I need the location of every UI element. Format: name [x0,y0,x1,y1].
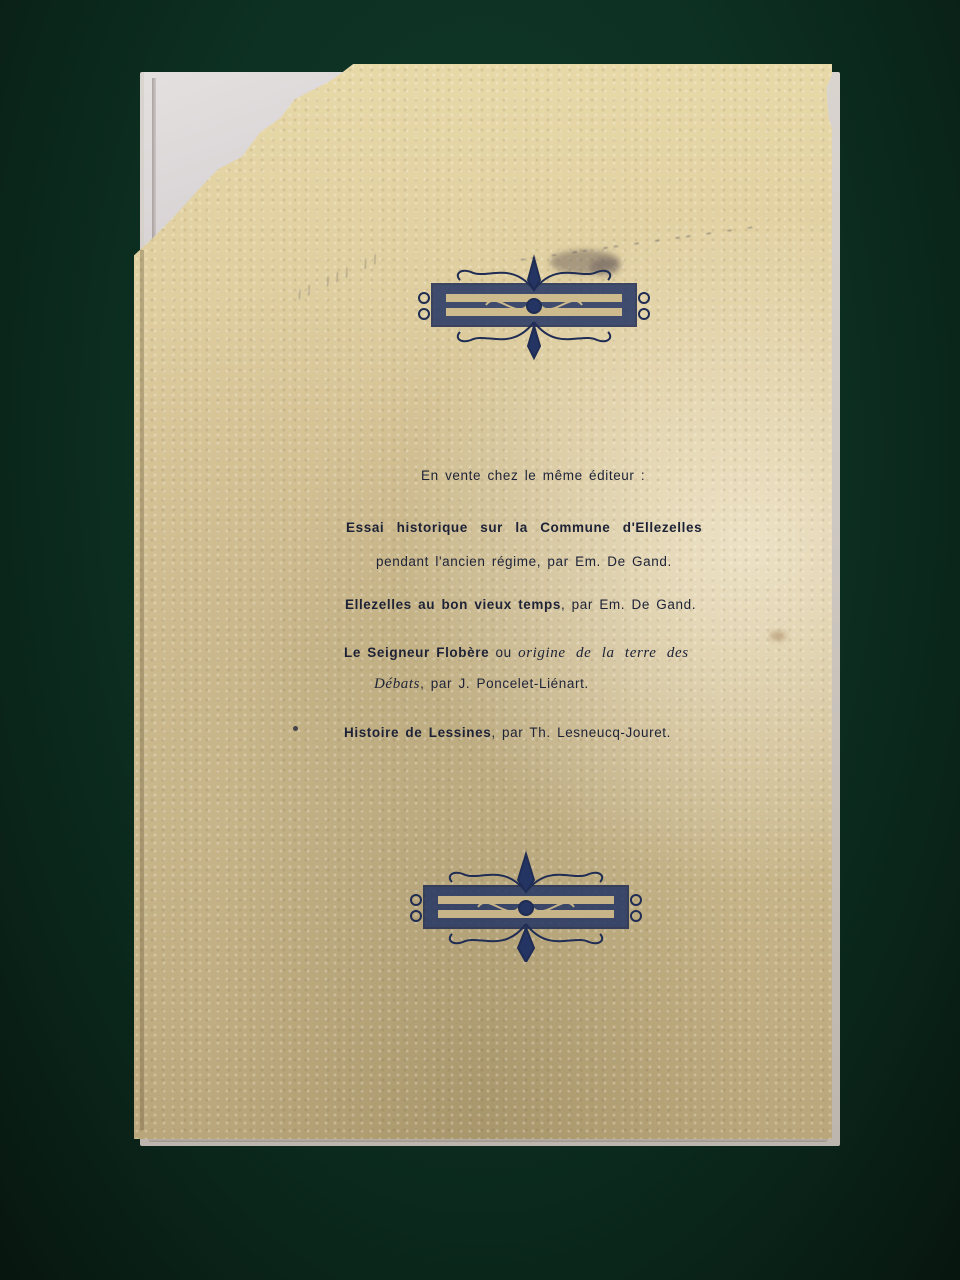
book-entry-continuation: Débats, par J. Poncelet-Liénart. [374,676,589,693]
book-entry: Histoire de Lessines, par Th. Lesneucq-J… [344,725,671,740]
book-byline: , par Th. Lesneucq-Jouret. [491,725,671,740]
book-title: Le Seigneur Flobère [344,645,489,660]
publisher-advert: En vente chez le même éditeur : Essai hi… [0,0,960,1280]
book-subtitle: origine de la terre des [518,645,689,661]
book-byline: , par J. Poncelet-Liénart. [420,676,589,691]
book-title: Ellezelles au bon vieux temps [345,597,561,612]
book-subtitle: Débats [374,676,420,692]
book-entry: Le Seigneur Flobère ou origine de la ter… [344,645,689,662]
book-continuation: pendant l'ancien régime, par Em. De Gand… [376,554,672,569]
book-entry: Ellezelles au bon vieux temps, par Em. D… [345,597,696,612]
book-title: Histoire de Lessines [344,725,491,740]
book-byline: , par Em. De Gand. [561,597,696,612]
photo-scene: ╴╴ ╴ ╴╴ ╴╴ ╴ ╴ ╴╴ ╴ ╴ ╴ ⁄⁄ ⁄⁄⁄ ⁄⁄ [0,0,960,1280]
book-connector: ou [496,645,512,660]
book-title: Essai historique sur la Commune d'Elleze… [346,520,702,535]
advert-heading: En vente chez le même éditeur : [421,468,645,483]
